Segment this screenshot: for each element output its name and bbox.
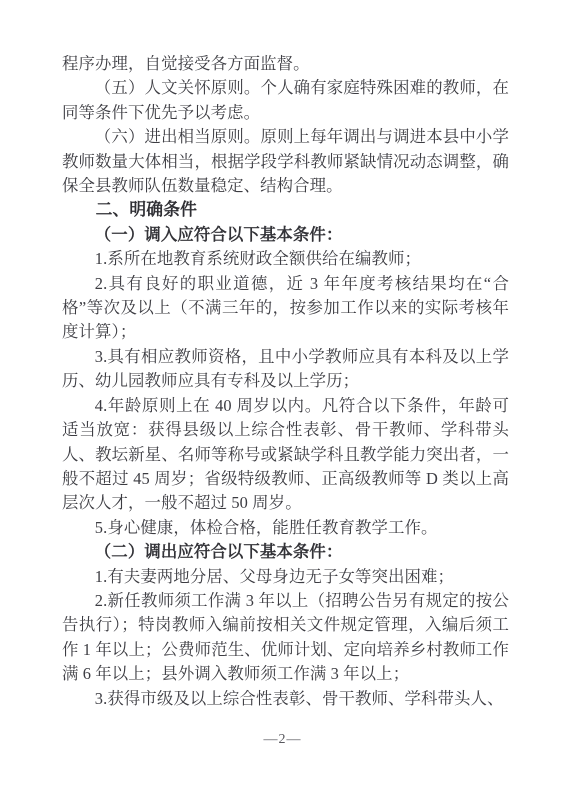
- doc-paragraph: （五）人文关怀原则。个人确有家庭特殊困难的教师，在同等条件下优先予以考虑。: [62, 76, 509, 125]
- doc-paragraph: 程序办理，自觉接受各方面监督。: [62, 52, 509, 76]
- doc-paragraph: 3.获得市级及以上综合性表彰、骨干教师、学科带头人、: [62, 687, 509, 711]
- doc-paragraph: 5.身心健康，体检合格，能胜任教育教学工作。: [62, 516, 509, 540]
- doc-paragraph: 2.新任教师须工作满 3 年以上（招聘公告另有规定的按公告执行）；特岗教师入编前…: [62, 589, 509, 687]
- page-number: —2—: [0, 732, 565, 748]
- doc-paragraph: 1.系所在地教育系统财政全额供给在编教师；: [62, 247, 509, 271]
- document-page: 程序办理，自觉接受各方面监督。 （五）人文关怀原则。个人确有家庭特殊困难的教师，…: [0, 0, 565, 800]
- doc-paragraph: 4.年龄原则上在 40 周岁以内。凡符合以下条件，年龄可适当放宽：获得县级以上综…: [62, 394, 509, 516]
- doc-paragraph: 2.具有良好的职业道德，近 3 年年度考核结果均在“合格”等次及以上（不满三年的…: [62, 272, 509, 345]
- subsection-heading-2: （二）调出应符合以下基本条件：: [62, 540, 509, 564]
- document-body: 程序办理，自觉接受各方面监督。 （五）人文关怀原则。个人确有家庭特殊困难的教师，…: [62, 52, 509, 711]
- doc-paragraph: 1.有夫妻两地分居、父母身边无子女等突出困难；: [62, 565, 509, 589]
- doc-paragraph: （六）进出相当原则。原则上每年调出与调进本县中小学教师数量大体相当，根据学段学科…: [62, 125, 509, 198]
- subsection-heading-1: （一）调入应符合以下基本条件：: [62, 223, 509, 247]
- doc-paragraph: 3.具有相应教师资格，且中小学教师应具有本科及以上学历、幼儿园教师应具有专科及以…: [62, 345, 509, 394]
- section-heading: 二、明确条件: [62, 198, 509, 222]
